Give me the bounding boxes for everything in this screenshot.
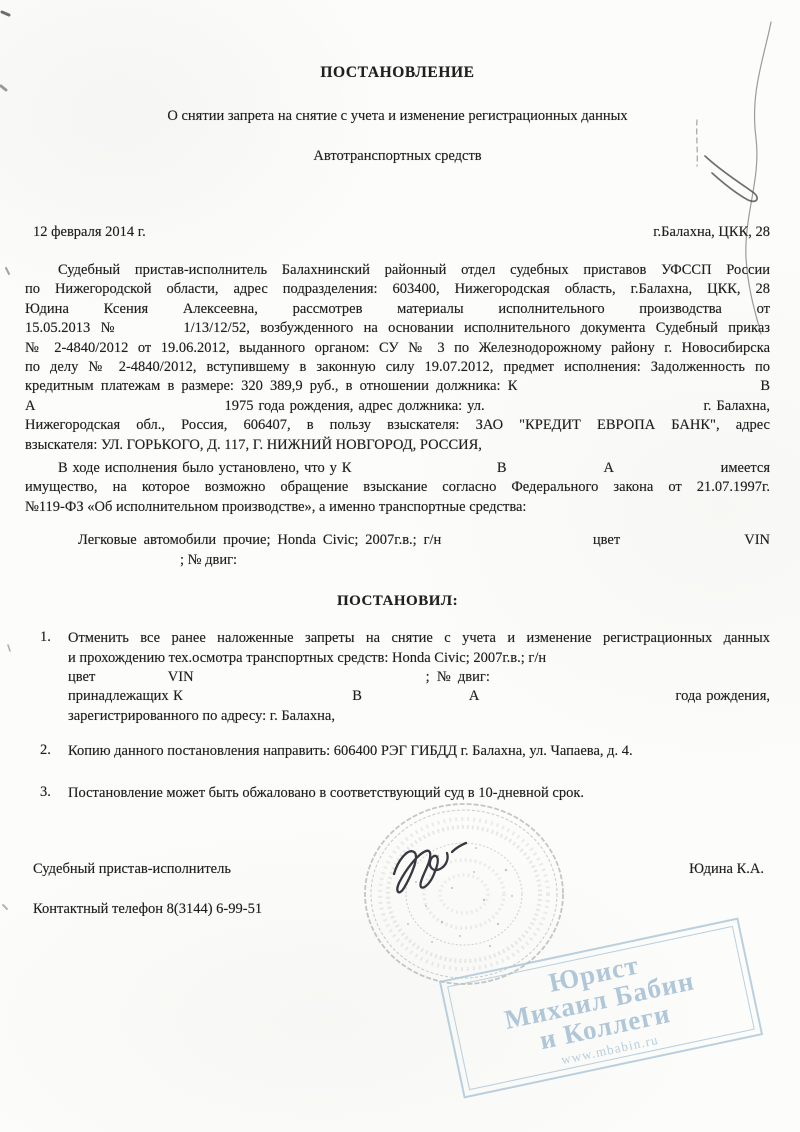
item-number: 2. xyxy=(40,742,68,761)
watermark-url: www.mbabin.ru xyxy=(560,1032,660,1065)
doc-place: г.Балахна, ЦКК, 28 xyxy=(653,223,770,242)
signature-row: Судебный пристав-исполнитель Юдина К.А. xyxy=(25,860,770,879)
text-line: 15.05.2013 № 1/13/12/52, возбужденного н… xyxy=(25,319,770,338)
signatory-name: Юдина К.А. xyxy=(689,860,764,879)
signatory-role: Судебный пристав-исполнитель xyxy=(33,860,231,879)
dateline: 12 февраля 2014 г. г.Балахна, ЦКК, 28 xyxy=(25,223,770,242)
item-text: Копию данного постановления направить: 6… xyxy=(68,742,770,761)
paragraph: В ходе исполнения было установлено, что … xyxy=(25,459,770,517)
text-line: цвет VIN ; № двиг: xyxy=(68,668,770,687)
watermark-line-1: Юрист xyxy=(546,951,641,996)
text-line: кредитным платежам в размере: 320 389,9 … xyxy=(25,377,770,396)
item-number: 1. xyxy=(40,629,68,726)
text-line: по делу № 2-4840/2012, вступившему в зак… xyxy=(25,358,770,377)
watermark-line-2: Михаил Бабин xyxy=(502,967,697,1034)
resolution-item: 1.Отменить все ранее наложенные запреты … xyxy=(40,629,770,726)
text-line: имущество, на которое возможно обращение… xyxy=(25,478,770,497)
text-line: Судебный пристав-исполнитель Балахнински… xyxy=(25,261,770,280)
law-firm-watermark: Юрист Михаил Бабин и Коллеги www.mbabin.… xyxy=(439,918,763,1099)
item-text: Отменить все ранее наложенные запреты на… xyxy=(68,629,770,726)
text-line: принадлежащих К В А года рождения, xyxy=(68,687,770,706)
text-line: В ходе исполнения было установлено, что … xyxy=(25,459,770,478)
text-line: № 2-4840/2012 от 19.06.2012, выданного о… xyxy=(25,339,770,358)
text-line: А 1975 года рождения, адрес должника: ул… xyxy=(25,397,770,416)
text-line: взыскателя: УЛ. ГОРЬКОГО, Д. 117, Г. НИЖ… xyxy=(25,436,770,455)
text-line: Постановление может быть обжаловано в со… xyxy=(68,784,770,803)
text-line: по Нижегородской области, адрес подразде… xyxy=(25,280,770,299)
resolution-item: 2.Копию данного постановления направить:… xyxy=(40,742,770,761)
text-line: №119-ФЗ «Об исполнительном производстве»… xyxy=(25,498,770,517)
contact-phone: Контактный телефон 8(3144) 6-99-51 xyxy=(25,900,770,919)
text-line: Нижегородская обл., Россия, 606407, в по… xyxy=(25,416,770,435)
doc-title: ПОСТАНОВЛЕНИЕ xyxy=(25,63,770,82)
law-firm-watermark-frame: Юрист Михаил Бабин и Коллеги www.mbabin.… xyxy=(447,926,755,1090)
text-line: ; № двиг: xyxy=(50,551,770,570)
text-line: Отменить все ранее наложенные запреты на… xyxy=(68,629,770,648)
doc-date: 12 февраля 2014 г. xyxy=(33,223,146,242)
paragraph: Легковые автомобили прочие; Honda Civic;… xyxy=(50,531,770,570)
doc-subtitle-2: Автотранспортных средств xyxy=(25,147,770,166)
text-line: Юдина Ксения Алексеевна, рассмотрев мате… xyxy=(25,300,770,319)
resolution-item: 3.Постановление может быть обжаловано в … xyxy=(40,784,770,803)
item-text: Постановление может быть обжаловано в со… xyxy=(68,784,770,803)
watermark-line-3: и Коллеги xyxy=(537,1000,672,1054)
text-line: Легковые автомобили прочие; Honda Civic;… xyxy=(50,531,770,550)
body-paragraphs: Судебный пристав-исполнитель Балахнински… xyxy=(25,261,770,570)
doc-subtitle-1: О снятии запрета на снятие с учета и изм… xyxy=(25,107,770,126)
text-line: Копию данного постановления направить: 6… xyxy=(68,742,770,761)
text-line: и прохождению тех.осмотра транспортных с… xyxy=(68,649,770,668)
text-line: зарегистрированного по адресу: г. Балахн… xyxy=(68,707,770,726)
paragraph: Судебный пристав-исполнитель Балахнински… xyxy=(25,261,770,455)
item-number: 3. xyxy=(40,784,68,803)
document-body: ПОСТАНОВЛЕНИЕ О снятии запрета на снятие… xyxy=(0,0,800,919)
resolution-heading: ПОСТАНОВИЛ: xyxy=(25,592,770,611)
resolution-items: 1.Отменить все ранее наложенные запреты … xyxy=(40,629,770,803)
document-page: ПОСТАНОВЛЕНИЕ О снятии запрета на снятие… xyxy=(0,0,800,1132)
